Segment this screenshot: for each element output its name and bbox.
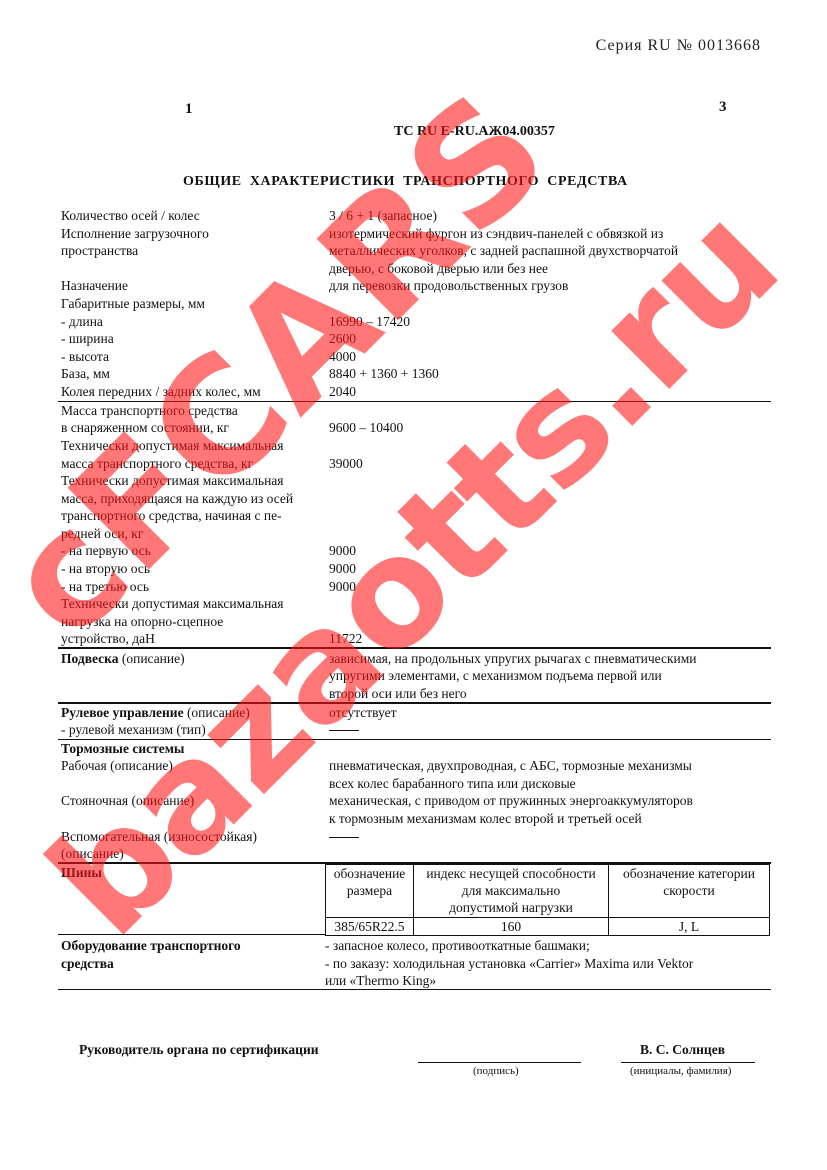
length-label: - длина — [61, 313, 103, 331]
signature-caption: (подпись) — [473, 1065, 519, 1077]
parking-brake-value-2: к тормозным механизмам колес второй и тр… — [329, 810, 642, 828]
divider — [58, 989, 771, 990]
suspension-value-1: зависимая, на продольных упругих рычагах… — [329, 650, 697, 668]
axle-2-value: 9000 — [329, 560, 356, 578]
table-row: 385/65R22.5 160 J, L — [326, 918, 770, 936]
tires-table: обозначение размера индекс несущей спосо… — [325, 863, 770, 936]
max-value: 39000 — [329, 455, 363, 473]
steering-mech-dash — [329, 721, 359, 739]
curb-label-1: Масса транспортного средства — [61, 402, 238, 420]
service-brake-label: Рабочая (описание) — [61, 757, 173, 775]
cargo-label-1: Исполнение загрузочного — [61, 225, 209, 243]
tires-header-row: обозначение размера индекс несущей спосо… — [326, 864, 770, 918]
axle-3-value: 9000 — [329, 578, 356, 596]
steering-label-rest: (описание) — [184, 705, 250, 720]
axle-label-3: транспортного средства, начиная с пе- — [61, 507, 282, 525]
curb-value: 9600 – 10400 — [329, 419, 403, 437]
axle-label-1: Технически допустимая максимальная — [61, 472, 284, 490]
steering-label: Рулевое управление (описание) — [61, 704, 250, 722]
axle-1-label: - на первую ось — [61, 542, 151, 560]
axles-label: Количество осей / колес — [61, 207, 200, 225]
coupling-label-3: устройство, даН — [61, 630, 155, 648]
divider — [58, 934, 326, 935]
axle-2-label: - на вторую ось — [61, 560, 150, 578]
cargo-value-3: дверью, с боковой дверью или без нее — [329, 260, 548, 278]
track-label: Колея передних / задних колес, мм — [61, 383, 261, 401]
signature-line — [418, 1062, 581, 1063]
tires-header-size: обозначение размера — [326, 864, 414, 918]
document-id: ТС RU E-RU.АЖ04.00357 — [394, 124, 555, 140]
aux-brake-label-1: Вспомогательная (износостойкая) — [61, 828, 257, 846]
divider — [58, 647, 771, 649]
coupling-label-1: Технически допустимая максимальная — [61, 595, 284, 613]
tires-header-load-index: индекс несущей способности для максималь… — [414, 864, 609, 918]
dims-label: Габаритные размеры, мм — [61, 295, 205, 313]
width-value: 2600 — [329, 330, 356, 348]
coupling-label-2: нагрузка на опорно-сцепное — [61, 613, 223, 631]
parking-brake-value-1: механическая, с приводом от пружинных эн… — [329, 792, 693, 810]
equipment-value-1: - запасное колесо, противооткатные башма… — [325, 937, 590, 955]
header-text: индекс несущей способности — [416, 865, 606, 882]
purpose-value: для перевозки продовольственных грузов — [329, 277, 568, 295]
axles-value: 3 / 6 + 1 (запасное) — [329, 207, 437, 225]
header-text: обозначение — [328, 865, 411, 882]
axle-3-label: - на третью ось — [61, 578, 149, 596]
curb-label-2: в снаряженном состоянии, кг — [61, 419, 229, 437]
name-caption: (инициалы, фамилия) — [630, 1065, 731, 1077]
equipment-value-2: - по заказу: холодильная установка «Carr… — [325, 955, 693, 973]
page-number-right: 3 — [719, 99, 727, 116]
steering-label-bold: Рулевое управление — [61, 705, 184, 720]
header-text: для максимально — [416, 882, 606, 899]
tire-size: 385/65R22.5 — [326, 918, 414, 936]
page-title: ОБЩИЕ ХАРАКТЕРИСТИКИ ТРАНСПОРТНОГО СРЕДС… — [183, 174, 628, 190]
coupling-value: 11722 — [329, 630, 362, 648]
parking-brake-label: Стояночная (описание) — [61, 792, 194, 810]
axle-label-2: масса, приходящаяся на каждую из осей — [61, 490, 293, 508]
height-value: 4000 — [329, 348, 356, 366]
header-text: обозначение категории — [611, 865, 767, 882]
steering-value: отсутствует — [329, 704, 397, 722]
suspension-label: Подвеска (описание) — [61, 650, 185, 668]
equipment-label-1: Оборудование транспортного — [61, 937, 241, 955]
length-value: 16990 – 17420 — [329, 313, 410, 331]
aux-brake-dash — [329, 828, 359, 846]
purpose-label: Назначение — [61, 277, 128, 295]
axle-1-value: 9000 — [329, 542, 356, 560]
tire-load-index: 160 — [414, 918, 609, 936]
suspension-value-2: упругими элементами, с механизмом подъем… — [329, 667, 662, 685]
equipment-label-2: средства — [61, 955, 114, 973]
brakes-title: Тормозные системы — [61, 740, 184, 758]
serial-number: Серия RU № 0013668 — [596, 37, 761, 55]
height-label: - высота — [61, 348, 109, 366]
max-label-2: масса транспортного средства, кг — [61, 455, 253, 473]
tires-header-speed: обозначение категории скорости — [609, 864, 770, 918]
cargo-value-1: изотермический фургон из сэндвич-панелей… — [329, 225, 663, 243]
axle-label-4: редней оси, кг — [61, 525, 143, 543]
track-value: 2040 — [329, 383, 356, 401]
suspension-label-rest: (описание) — [118, 651, 184, 666]
steering-mech-label: - рулевой механизм (тип) — [61, 721, 206, 739]
tires-label: Шины — [61, 864, 102, 882]
name-line — [621, 1062, 755, 1063]
service-brake-value-2: всех колес барабанного типа или дисковые — [329, 775, 576, 793]
suspension-label-bold: Подвеска — [61, 651, 118, 666]
signatory-role: Руководитель органа по сертификации — [79, 1042, 319, 1058]
header-text: размера — [328, 882, 411, 899]
base-value: 8840 + 1360 + 1360 — [329, 365, 439, 383]
signatory-name: В. С. Солнцев — [640, 1042, 725, 1058]
cargo-label-2: пространства — [61, 242, 138, 260]
tire-speed-category: J, L — [609, 918, 770, 936]
header-text: допустимой нагрузки — [416, 899, 606, 916]
header-text: скорости — [611, 882, 767, 899]
page-number-left: 1 — [185, 101, 193, 118]
equipment-value-3: или «Thermo King» — [325, 972, 436, 990]
suspension-value-3: второй оси или без него — [329, 685, 467, 703]
max-label-1: Технически допустимая максимальная — [61, 437, 284, 455]
cargo-value-2: металлических уголков, с задней распашно… — [329, 242, 678, 260]
width-label: - ширина — [61, 330, 114, 348]
service-brake-value-1: пневматическая, двухпроводная, с АБС, то… — [329, 757, 692, 775]
aux-brake-label-2: (описание) — [61, 845, 124, 863]
base-label: База, мм — [61, 365, 110, 383]
